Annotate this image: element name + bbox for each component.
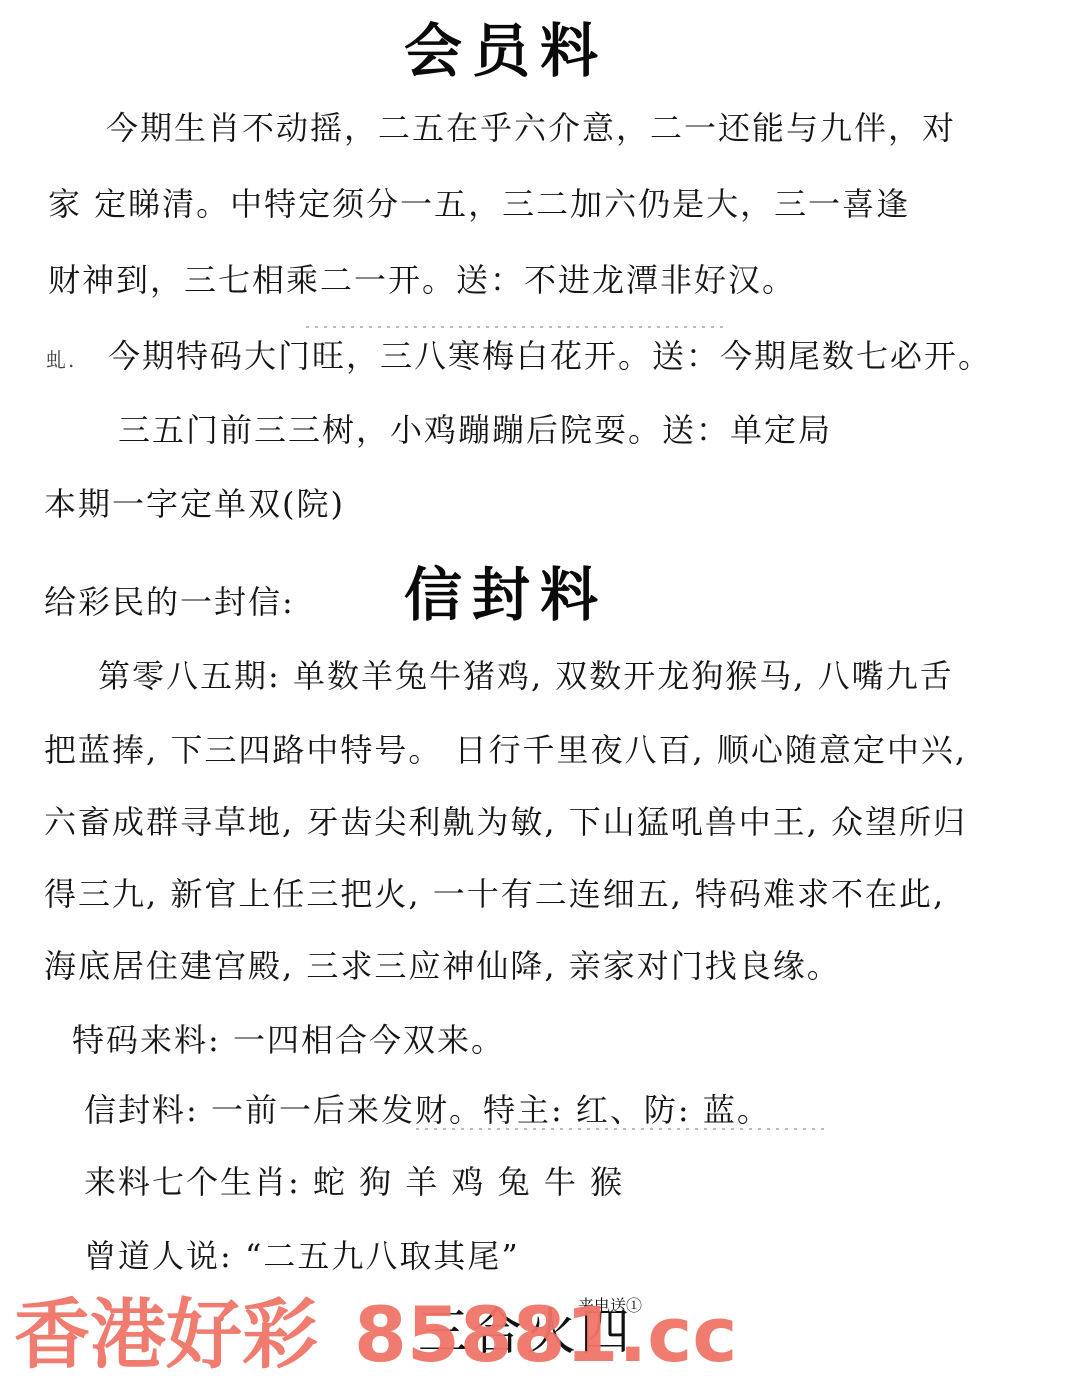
member-line-4: 今期特码大门旺，三八寒梅白花开。送：今期尾数七必开。: [108, 336, 992, 376]
member-section-title: 会员料: [404, 16, 608, 86]
envelope-intro-label: 给彩民的一封信:: [44, 582, 295, 622]
member-line-5: 三五门前三三树，小鸡蹦蹦后院耍。送：单定局: [118, 410, 832, 450]
envelope-line-2: 把蓝捧, 下三四路中特号。 日行千里夜八百, 顺心随意定中兴,: [44, 730, 967, 770]
member-line-1: 今期生肖不动摇，二五在乎六介意，二一还能与九伴，对: [106, 108, 956, 148]
envelope-section-title: 信封料: [404, 560, 608, 630]
watermark-name: 香港好彩: [14, 1290, 318, 1379]
member-line-4-prefix: 虬.: [46, 340, 76, 380]
special-material: 特码来料: 一四相合今双来。: [72, 1020, 505, 1060]
taoist-saying: 曾道人说: “二五九八取其尾”: [84, 1236, 520, 1276]
member-line-3: 财神到，三七相乘二一开。送：不进龙潭非好汉。: [48, 260, 796, 300]
seven-zodiacs: 来料七个生肖: 蛇 狗 羊 鸡 兔 牛 猴: [84, 1162, 624, 1202]
member-line-6: 本期一字定单双(院): [44, 484, 345, 524]
envelope-line-4: 得三九, 新官上任三把火, 一十有二连细五, 特码难求不在此,: [44, 874, 945, 914]
scan-speckle: [306, 326, 726, 328]
site-watermark: 香港好彩85881.cc: [14, 1290, 737, 1380]
watermark-domain: 85881.cc: [354, 1290, 737, 1379]
member-line-2: 家 定睇清。中特定须分一五，三二加六仍是大，三一喜逢: [48, 184, 910, 224]
scan-speckle: [416, 1128, 826, 1130]
envelope-line-3: 六畜成群寻草地, 牙齿尖利鼽为敏, 下山猛吼兽中王, 众望所归: [44, 802, 967, 842]
envelope-line-5: 海底居住建宫殿, 三求三应神仙降, 亲家对门找良缘。: [44, 946, 841, 986]
envelope-line-1: 第零八五期: 单数羊兔牛猪鸡, 双数开龙狗猴马, 八嘴九舌: [98, 656, 954, 696]
envelope-material: 信封料: 一前一后来发财。特主: 红、防: 蓝。: [84, 1090, 771, 1130]
